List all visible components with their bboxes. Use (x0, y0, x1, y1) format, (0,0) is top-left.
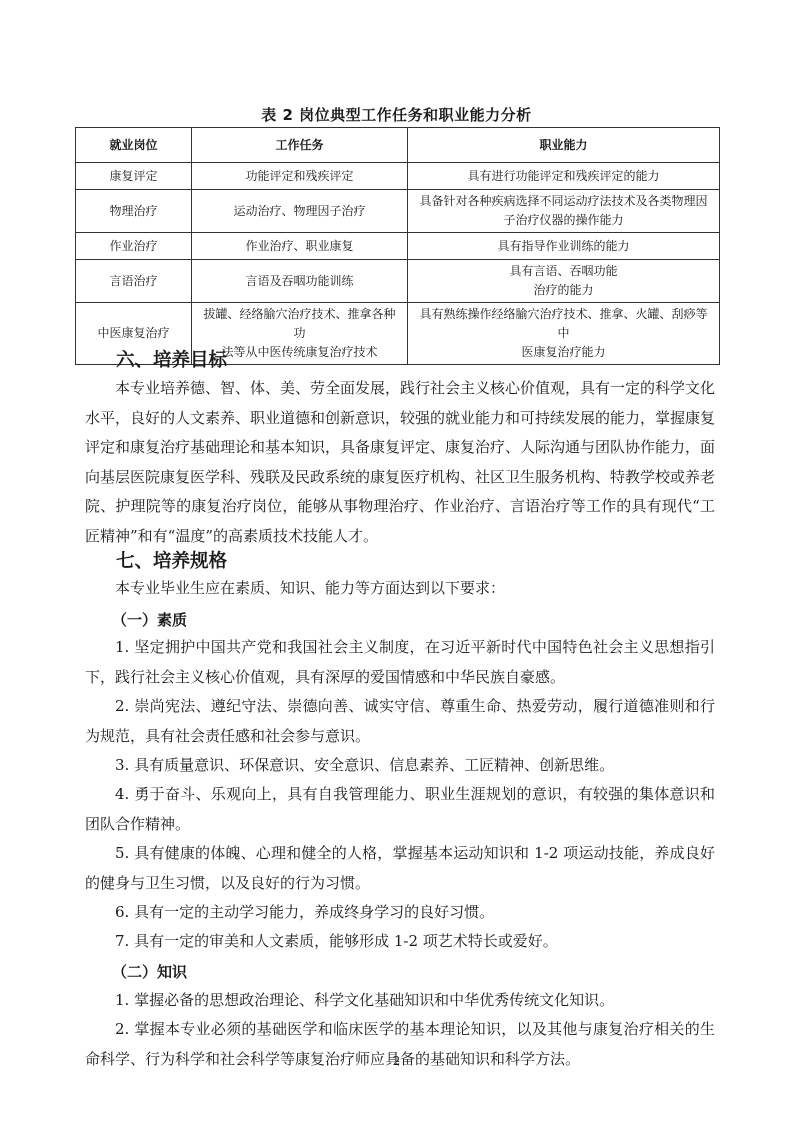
cell-text: 言语及吞咽功能训练 (198, 272, 401, 291)
job-ability-table: 就业岗位 工作任务 职业能力 康复评定 功能评定和残疾评定 具有进行功能评定和残… (75, 127, 720, 365)
cell-ability: 具有指导作业训练的能力 (408, 233, 720, 260)
cell-text: 作业治疗、职业康复 (198, 237, 401, 256)
document-page: 表 2 岗位典型工作任务和职业能力分析 就业岗位 工作任务 职业能力 康复评定 … (0, 0, 793, 1122)
cell-text: 治疗的能力 (414, 281, 713, 300)
paragraph-text: 1. 掌握必备的思想政治理论、科学文化基础知识和中华优秀传统文化知识。 (115, 991, 614, 1009)
cell-ability: 具有进行功能评定和残疾评定的能力 (408, 163, 720, 190)
specs-intro-paragraph: 本专业毕业生应在素质、知识、能力等方面达到以下要求： (85, 574, 715, 604)
paragraph-text: 本专业培养德、智、体、美、劳全面发展，践行社会主义核心价值观，具有一定的科学文化… (85, 379, 715, 545)
table-row: 言语治疗 言语及吞咽功能训练 具有言语、吞咽功能 治疗的能力 (76, 260, 720, 303)
cell-text: 具有言语、吞咽功能 (414, 262, 713, 281)
cell-ability: 具备针对各种疾病选择不同运动疗法技术及各类物理因 子治疗仪器的操作能力 (408, 190, 720, 233)
quality-item: 3. 具有质量意识、环保意识、安全意识、信息素养、工匠精神、创新思维。 (85, 751, 715, 781)
cell-text: 功能评定和残疾评定 (198, 167, 401, 186)
quality-item: 4. 勇于奋斗、乐观向上，具有自我管理能力、职业生涯规划的意识，有较强的集体意识… (85, 780, 715, 839)
paragraph-text: 3. 具有质量意识、环保意识、安全意识、信息素养、工匠精神、创新思维。 (115, 756, 614, 774)
cell-post: 作业治疗 (76, 233, 192, 260)
quality-item: 1. 坚定拥护中国共产党和我国社会主义制度，在习近平新时代中国特色社会主义思想指… (85, 633, 715, 692)
table-row: 物理治疗 运动治疗、物理因子治疗 具备针对各种疾病选择不同运动疗法技术及各类物理… (76, 190, 720, 233)
cell-ability: 具有言语、吞咽功能 治疗的能力 (408, 260, 720, 303)
section-heading-training-goals: 六、培养目标 (116, 346, 227, 372)
paragraph-text: 4. 勇于奋斗、乐观向上，具有自我管理能力、职业生涯规划的意识，有较强的集体意识… (85, 785, 715, 833)
cell-text: 拔罐、经络腧穴治疗技术、推拿各种功 (198, 305, 401, 343)
quality-item: 5. 具有健康的体魄、心理和健全的人格，掌握基本运动知识和 1-2 项运动技能，… (85, 839, 715, 898)
table-header-row: 就业岗位 工作任务 职业能力 (76, 128, 720, 163)
knowledge-item: 1. 掌握必备的思想政治理论、科学文化基础知识和中华优秀传统文化知识。 (85, 986, 715, 1016)
paragraph-text: 7. 具有一定的审美和人文素质，能够形成 1-2 项艺术特长或爱好。 (115, 932, 558, 950)
quality-item: 6. 具有一定的主动学习能力，养成终身学习的良好习惯。 (85, 898, 715, 928)
paragraph-text: 本专业毕业生应在素质、知识、能力等方面达到以下要求： (115, 579, 505, 597)
cell-post: 言语治疗 (76, 260, 192, 303)
header-ability: 职业能力 (408, 128, 720, 163)
cell-text: 运动治疗、物理因子治疗 (198, 202, 401, 221)
cell-post: 康复评定 (76, 163, 192, 190)
paragraph-text: 2. 崇尚宪法、遵纪守法、崇德向善、诚实守信、尊重生命、热爱劳动，履行道德准则和… (85, 697, 715, 745)
cell-text: 具有熟练操作经络腧穴治疗技术、推拿、火罐、刮痧等中 (414, 305, 713, 343)
subheading-knowledge: （二）知识 (112, 961, 187, 982)
table-caption: 表 2 岗位典型工作任务和职业能力分析 (0, 104, 793, 125)
cell-task: 言语及吞咽功能训练 (192, 260, 408, 303)
training-goals-paragraph: 本专业培养德、智、体、美、劳全面发展，践行社会主义核心价值观，具有一定的科学文化… (85, 374, 715, 551)
header-post: 就业岗位 (76, 128, 192, 163)
cell-text: 法等从中医传统康复治疗技术 (198, 343, 401, 362)
cell-text: 医康复治疗能力 (414, 343, 713, 362)
paragraph-text: 1. 坚定拥护中国共产党和我国社会主义制度，在习近平新时代中国特色社会主义思想指… (85, 638, 715, 686)
cell-text: 子治疗仪器的操作能力 (414, 211, 713, 230)
quality-item: 2. 崇尚宪法、遵纪守法、崇德向善、诚实守信、尊重生命、热爱劳动，履行道德准则和… (85, 692, 715, 751)
cell-ability: 具有熟练操作经络腧穴治疗技术、推拿、火罐、刮痧等中 医康复治疗能力 (408, 303, 720, 365)
cell-task: 功能评定和残疾评定 (192, 163, 408, 190)
subheading-qualities: （一）素质 (112, 609, 187, 630)
quality-item: 7. 具有一定的审美和人文素质，能够形成 1-2 项艺术特长或爱好。 (85, 927, 715, 957)
cell-task: 运动治疗、物理因子治疗 (192, 190, 408, 233)
header-task: 工作任务 (192, 128, 408, 163)
table-row: 康复评定 功能评定和残疾评定 具有进行功能评定和残疾评定的能力 (76, 163, 720, 190)
cell-post: 物理治疗 (76, 190, 192, 233)
table-row: 作业治疗 作业治疗、职业康复 具有指导作业训练的能力 (76, 233, 720, 260)
cell-task: 作业治疗、职业康复 (192, 233, 408, 260)
cell-text: 具备针对各种疾病选择不同运动疗法技术及各类物理因 (414, 192, 713, 211)
section-heading-training-specs: 七、培养规格 (116, 547, 227, 573)
page-number: 2 (0, 1054, 793, 1068)
cell-text: 具有指导作业训练的能力 (414, 237, 713, 256)
paragraph-text: 5. 具有健康的体魄、心理和健全的人格，掌握基本运动知识和 1-2 项运动技能，… (85, 844, 715, 892)
cell-text: 具有进行功能评定和残疾评定的能力 (414, 167, 713, 186)
paragraph-text: 6. 具有一定的主动学习能力，养成终身学习的良好习惯。 (115, 903, 494, 921)
